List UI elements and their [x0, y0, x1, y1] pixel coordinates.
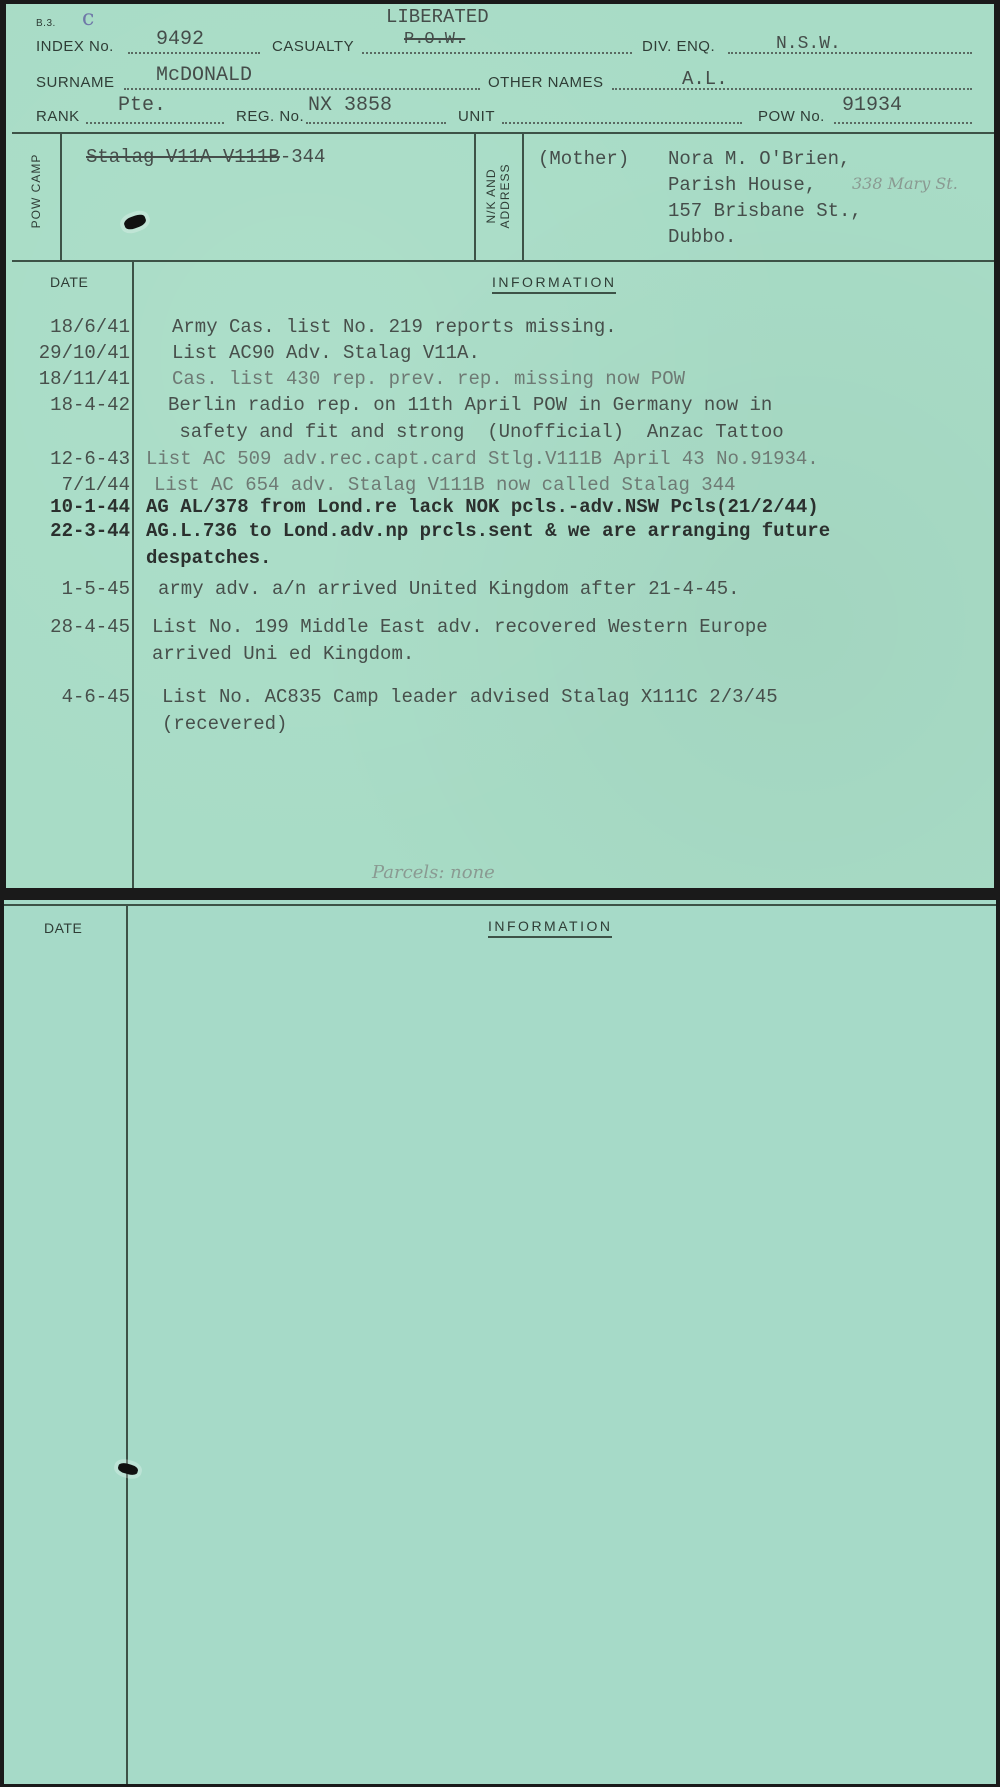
record-card-front: B.3. c INDEX No. 9492 CASUALTY LIBERATED…: [6, 4, 994, 888]
row-information: army adv. a/n arrived United Kingdom aft…: [158, 578, 740, 600]
div-enq-value: N.S.W.: [776, 34, 841, 54]
casualty-crossed: P.O.W.: [404, 30, 465, 49]
row-information: List No. AC835 Camp leader advised Stala…: [162, 686, 778, 708]
row-information: List AC 654 adv. Stalag V111B now called…: [154, 474, 736, 496]
row-information: arrived Uni ed Kingdom.: [152, 643, 414, 665]
divider: [12, 132, 994, 134]
row-date: 10-1-44: [10, 496, 130, 518]
pow-camp-crossed: Stalag V11A V111B: [86, 146, 280, 168]
row-date: 1-5-45: [10, 578, 130, 600]
row-date: 28-4-45: [10, 616, 130, 638]
record-card-back: DATE INFORMATION: [4, 900, 996, 1784]
index-label: INDEX No.: [36, 38, 114, 55]
pow-camp-value: Stalag V11A V111B-344: [86, 146, 325, 168]
date-header: DATE: [50, 274, 88, 290]
row-information: List AC 509 adv.rec.capt.card Stlg.V111B…: [146, 448, 819, 470]
parcels-pencil-note: Parcels: none: [372, 862, 495, 883]
surname-label: SURNAME: [36, 74, 115, 91]
row-information: Cas. list 430 rep. prev. rep. missing no…: [172, 368, 685, 390]
pow-camp-current: -344: [280, 146, 326, 168]
pow-no-value: 91934: [842, 94, 902, 117]
rank-label: RANK: [36, 108, 80, 125]
other-names-label: OTHER NAMES: [488, 74, 604, 91]
rank-value: Pte.: [118, 94, 166, 117]
row-date: 18-4-42: [10, 394, 130, 416]
date-header: DATE: [44, 920, 82, 936]
nok-pencil-note: 338 Mary St.: [852, 174, 958, 193]
row-information: Army Cas. list No. 219 reports missing.: [172, 316, 617, 338]
form-mark: c: [82, 6, 94, 31]
nok-address-line: Dubbo.: [668, 226, 736, 248]
row-information: safety and fit and strong (Unofficial) A…: [168, 421, 784, 443]
nok-address-line: Parish House,: [668, 174, 816, 196]
row-date: 18/6/41: [10, 316, 130, 338]
row-date: 4-6-45: [10, 686, 130, 708]
row-information: AG AL/378 from Lond.re lack NOK pcls.-ad…: [146, 496, 819, 518]
pow-camp-label: POW CAMP: [29, 141, 43, 241]
pow-no-label: POW No.: [758, 108, 825, 125]
row-information: List AC90 Adv. Stalag V11A.: [172, 342, 480, 364]
form-code: B.3.: [36, 18, 56, 29]
reg-no-value: NX 3858: [308, 94, 392, 117]
information-header: INFORMATION: [488, 918, 612, 938]
nok-relation: (Mother): [538, 148, 629, 170]
unit-label: UNIT: [458, 108, 495, 125]
row-date: 29/10/41: [10, 342, 130, 364]
index-value: 9492: [156, 28, 204, 51]
row-date: 7/1/44: [10, 474, 130, 496]
div-enq-label: DIV. ENQ.: [642, 38, 715, 55]
date-column-divider: [126, 906, 128, 1784]
nok-address-line: 157 Brisbane St.,: [668, 200, 862, 222]
punch-hole: [123, 213, 148, 232]
reg-no-label: REG. No.: [236, 108, 304, 125]
nok-address-line: Nora M. O'Brien,: [668, 148, 850, 170]
row-information: despatches.: [146, 547, 271, 569]
row-date: 22-3-44: [10, 520, 130, 542]
casualty-label: CASUALTY: [272, 38, 354, 55]
nok-label: N/K AND ADDRESS: [484, 146, 512, 246]
row-information: AG.L.736 to Lond.adv.np prcls.sent & we …: [146, 520, 830, 542]
information-header: INFORMATION: [492, 274, 616, 294]
row-information: List No. 199 Middle East adv. recovered …: [152, 616, 768, 638]
date-column-divider: [132, 262, 134, 888]
surname-value: McDONALD: [156, 64, 252, 87]
casualty-overwrite: LIBERATED: [386, 6, 489, 28]
row-date: 18/11/41: [10, 368, 130, 390]
row-information: (recevered): [162, 713, 287, 735]
punch-hole: [117, 1462, 139, 1477]
other-names-value: A.L.: [682, 68, 728, 90]
row-date: 12-6-43: [10, 448, 130, 470]
row-information: Berlin radio rep. on 11th April POW in G…: [168, 394, 772, 416]
divider: [12, 260, 994, 262]
